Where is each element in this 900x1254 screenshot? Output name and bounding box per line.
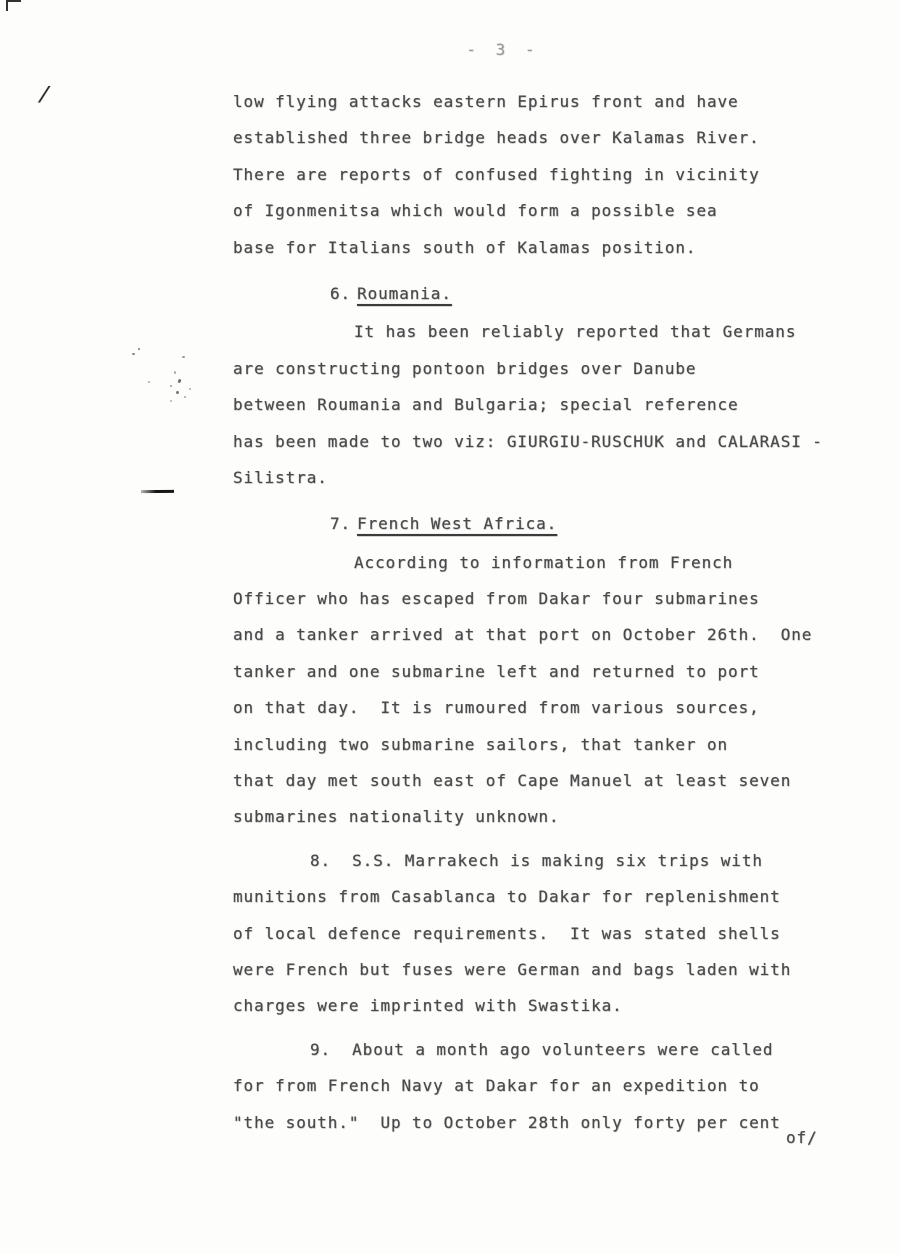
text-line: munitions from Casablanca to Dakar for r… (233, 879, 873, 915)
document-page: - 3 - / low flying attacks eastern Epiru… (0, 0, 900, 1254)
text-line: low flying attacks eastern Epirus front … (233, 84, 873, 120)
text-line: of Igonmenitsa which would form a possib… (233, 193, 873, 229)
margin-dash-mark (141, 490, 174, 493)
paragraph: It has been reliably reported that Germa… (233, 314, 873, 496)
corner-bracket-mark (6, 0, 21, 11)
catchword: of/ (786, 1128, 818, 1147)
section-number: 7. (330, 514, 351, 533)
text-line: on that day. It is rumoured from various… (233, 690, 873, 726)
text-line: Silistra. (233, 460, 873, 496)
document-body: low flying attacks eastern Epirus front … (233, 84, 873, 1141)
text-line: There are reports of confused fighting i… (233, 157, 873, 193)
section-title: French West Africa. (357, 514, 557, 533)
text-line: and a tanker arrived at that port on Oct… (233, 617, 873, 653)
section-heading: 7.French West Africa. (330, 506, 873, 542)
section-heading: 6.Roumania. (330, 276, 873, 312)
section-number: 6. (330, 284, 351, 303)
text-line: charges were imprinted with Swastika. (233, 988, 873, 1024)
paragraph: According to information from FrenchOffi… (233, 545, 873, 836)
margin-slash-mark: / (37, 82, 52, 106)
text-line: are constructing pontoon bridges over Da… (233, 351, 873, 387)
paragraph: low flying attacks eastern Epirus front … (233, 84, 873, 266)
text-line: 8. S.S. Marrakech is making six trips wi… (233, 843, 873, 879)
text-line: 9. About a month ago volunteers were cal… (233, 1032, 873, 1068)
text-line: It has been reliably reported that Germa… (233, 314, 873, 350)
text-line: that day met south east of Cape Manuel a… (233, 763, 873, 799)
text-line: were French but fuses were German and ba… (233, 952, 873, 988)
text-line: submarines nationality unknown. (233, 799, 873, 835)
text-line: including two submarine sailors, that ta… (233, 727, 873, 763)
text-line: has been made to two viz: GIURGIU-RUSCHU… (233, 424, 873, 460)
text-line: between Roumania and Bulgaria; special r… (233, 387, 873, 423)
text-line: base for Italians south of Kalamas posit… (233, 230, 873, 266)
page-number: - 3 - (448, 40, 558, 59)
text-line: tanker and one submarine left and return… (233, 654, 873, 690)
text-line: "the south." Up to October 28th only for… (233, 1105, 873, 1141)
text-line: Officer who has escaped from Dakar four … (233, 581, 873, 617)
text-line: established three bridge heads over Kala… (233, 120, 873, 156)
text-line: for from French Navy at Dakar for an exp… (233, 1068, 873, 1104)
text-line: of local defence requirements. It was st… (233, 916, 873, 952)
paragraph: 8. S.S. Marrakech is making six trips wi… (233, 843, 873, 1025)
text-line: According to information from French (233, 545, 873, 581)
paragraph: 9. About a month ago volunteers were cal… (233, 1032, 873, 1141)
section-title: Roumania. (357, 284, 452, 303)
